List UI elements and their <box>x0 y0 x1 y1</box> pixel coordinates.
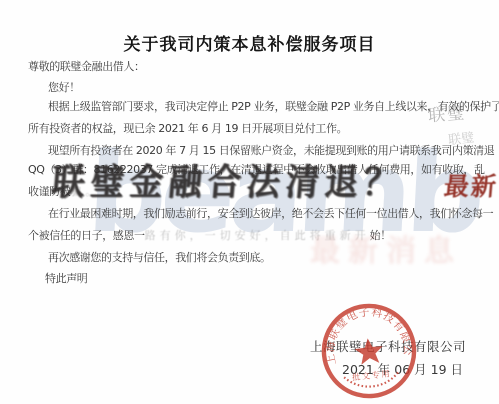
body-line-1: 根据上级监管部门要求，我司决定停止 P2P 业务，联璧金融 P2P 业务自上线以… <box>48 100 499 114</box>
body-line-7-start: 个被信任的日子，感恩一 <box>28 229 145 242</box>
page-title: 关于我司内策本息补偿服务项目 <box>0 30 499 55</box>
seal-graphic: 上海联璧电子科技有限公司 批文专用 <box>315 296 423 404</box>
star-icon <box>354 337 385 365</box>
overlay-headline-dark: 联璧金融合法清退？ <box>50 164 404 200</box>
notice-letter-page: beamb 联璧 联璧 最新消息 关于我司内策本息补偿服务项目 尊敬的联璧金融出… <box>0 0 499 404</box>
body-line-8: 再次感谢您的支持与信任，我们将会负责到底。 <box>48 251 271 265</box>
company-seal: 上海联璧电子科技有限公司 批文专用 <box>315 296 423 404</box>
watermark-faint-red: 最新消息 <box>310 226 462 270</box>
body-line-6: 在行业最困难时期，我们励志前行，安全到达彼岸，绝不会丢下任何一位出借人，我们怀念… <box>48 207 493 221</box>
greeting-line: 您好！ <box>48 81 80 95</box>
body-line-2: 所有投资者的权益，现已余 2021 年 6 月 19 日开展项目兑付工作。 <box>28 122 347 136</box>
body-line-3: 现望所有投资者在 2020 年 7 月 15 日保留账户资金，未能提现到账的用户… <box>48 144 494 158</box>
seal-center-label: 批文专用 <box>352 368 392 382</box>
overlay-headline-red: 最新 <box>443 174 499 199</box>
salutation-line: 尊敬的联璧金融出借人： <box>28 60 145 74</box>
closing-statement: 特此声明 <box>45 272 87 286</box>
